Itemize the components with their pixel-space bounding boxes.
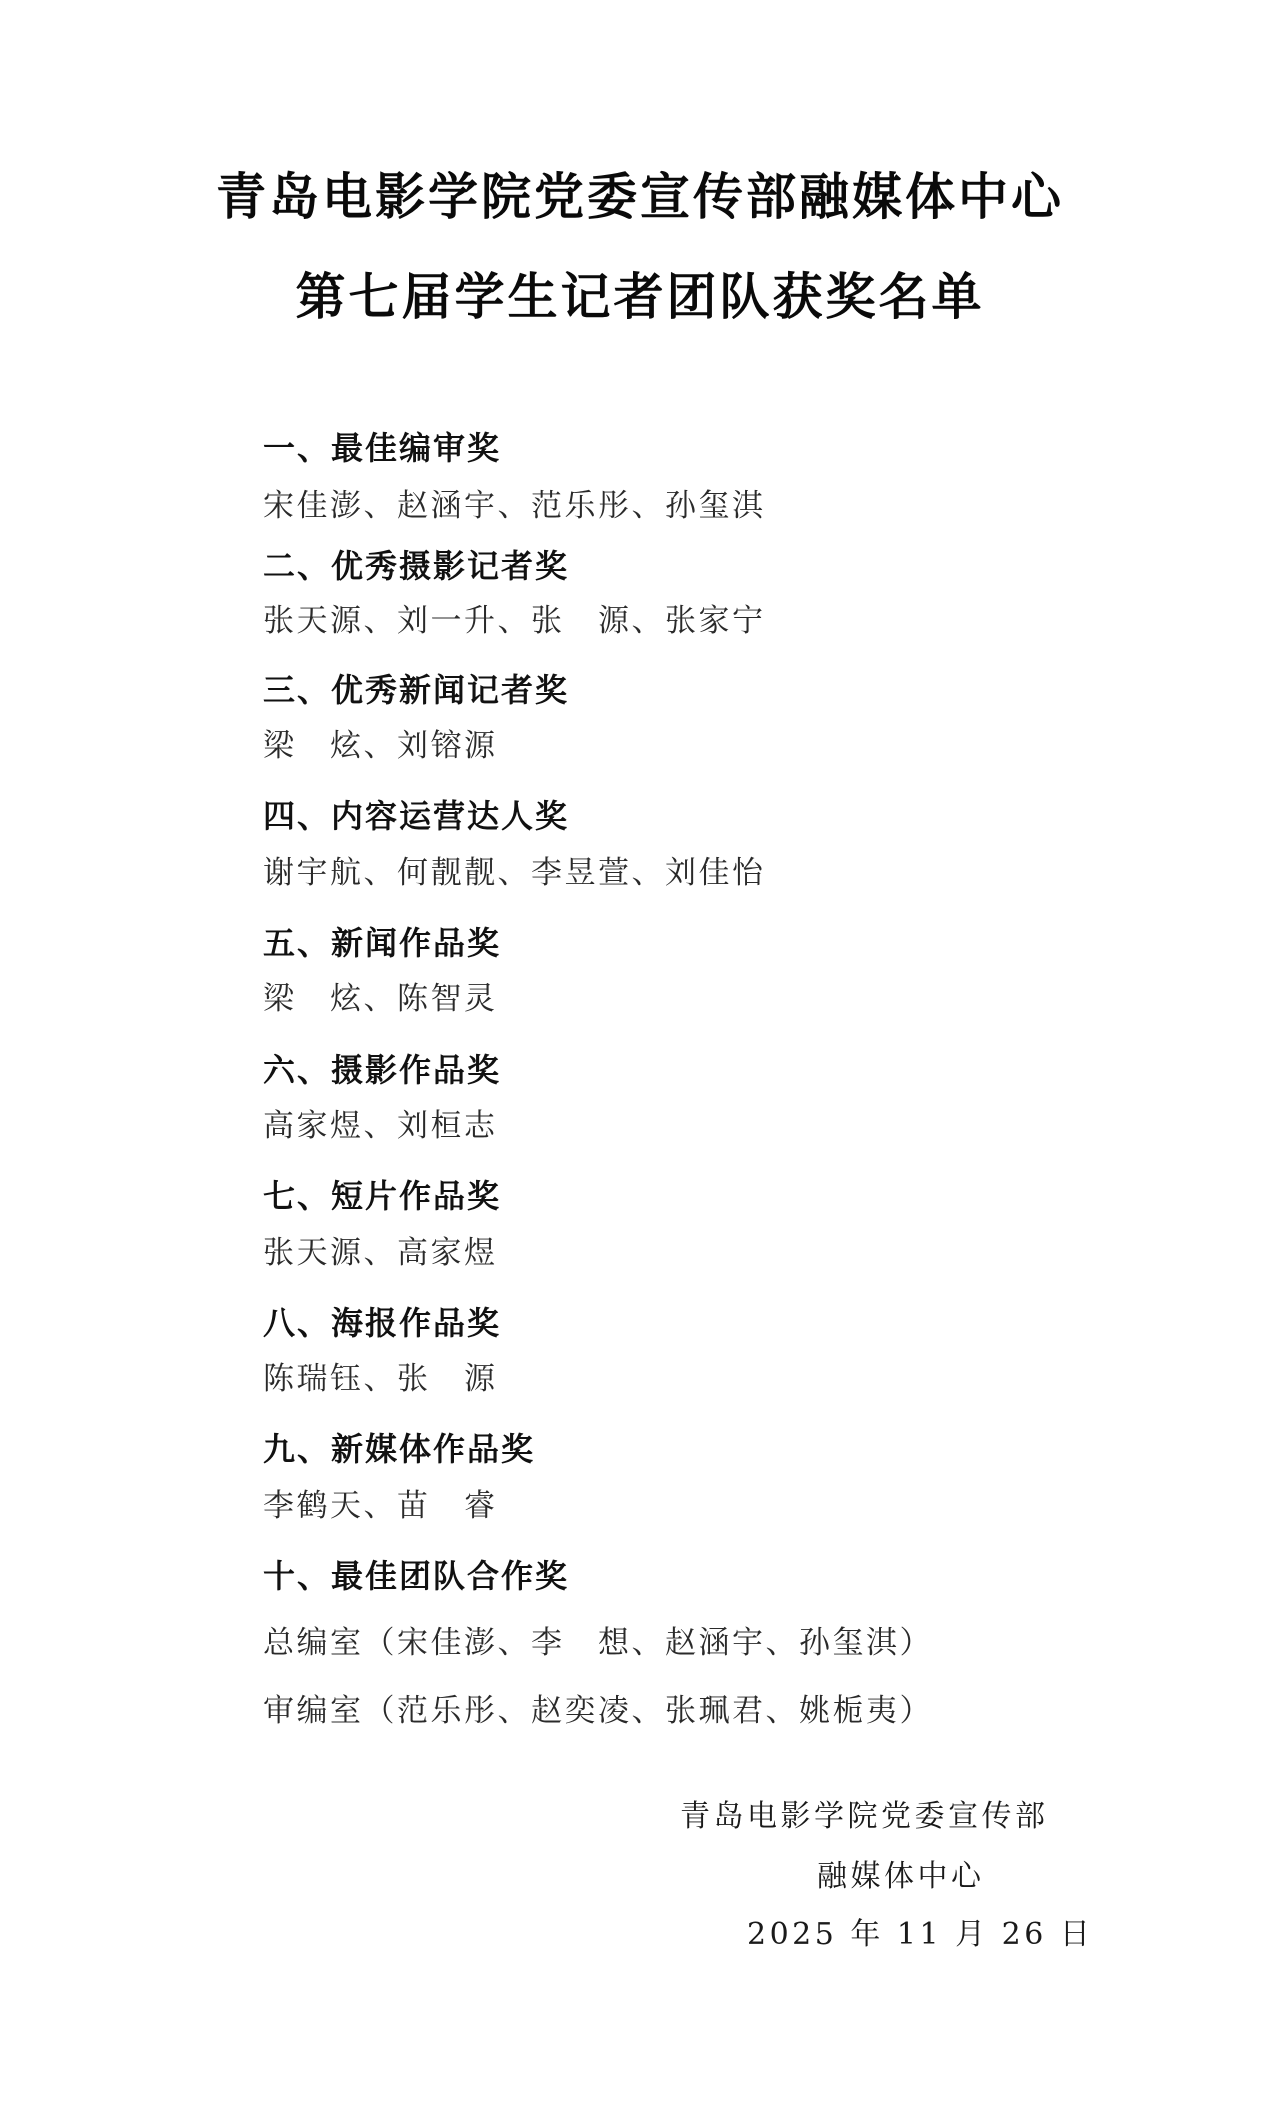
issuer-line-2: 融媒体中心 [817, 1857, 985, 1897]
award-heading-10: 十、最佳团队合作奖 [263, 1556, 569, 1596]
award-winners-8: 陈瑞钰、张 源 [263, 1359, 498, 1399]
document-title-line-2: 第七届学生记者团队获奖名单 [0, 267, 1280, 327]
award-heading-2: 二、优秀摄影记者奖 [263, 546, 569, 586]
award-winners-10-editorial-office: 总编室（宋佳澎、李 想、赵涵宇、孙玺淇） [263, 1623, 933, 1663]
document-title-line-1: 青岛电影学院党委宣传部融媒体中心 [0, 167, 1280, 227]
award-heading-5: 五、新闻作品奖 [263, 923, 501, 963]
issuer-line-1: 青岛电影学院党委宣传部 [680, 1797, 1049, 1837]
award-heading-1: 一、最佳编审奖 [263, 428, 501, 468]
award-heading-6: 六、摄影作品奖 [263, 1050, 501, 1090]
issue-date: 2025 年 11 月 26 日 [747, 1915, 1093, 1955]
award-winners-10-review-office: 审编室（范乐彤、赵奕凌、张珮君、姚栀夷） [263, 1691, 933, 1731]
award-winners-9: 李鹤天、苗 睿 [263, 1486, 498, 1526]
award-winners-7: 张天源、高家煜 [263, 1233, 498, 1273]
award-winners-1: 宋佳澎、赵涵宇、范乐彤、孙玺淇 [263, 486, 766, 526]
award-heading-4: 四、内容运营达人奖 [263, 796, 569, 836]
award-heading-8: 八、海报作品奖 [263, 1303, 501, 1343]
award-winners-5: 梁 炫、陈智灵 [263, 979, 498, 1019]
award-heading-7: 七、短片作品奖 [263, 1176, 501, 1216]
award-winners-4: 谢宇航、何靓靓、李昱萱、刘佳怡 [263, 853, 766, 893]
award-heading-9: 九、新媒体作品奖 [263, 1429, 535, 1469]
award-winners-2: 张天源、刘一升、张 源、张家宁 [263, 601, 766, 641]
award-winners-6: 高家煜、刘桓志 [263, 1106, 498, 1146]
award-winners-3: 梁 炫、刘镕源 [263, 726, 498, 766]
award-heading-3: 三、优秀新闻记者奖 [263, 670, 569, 710]
